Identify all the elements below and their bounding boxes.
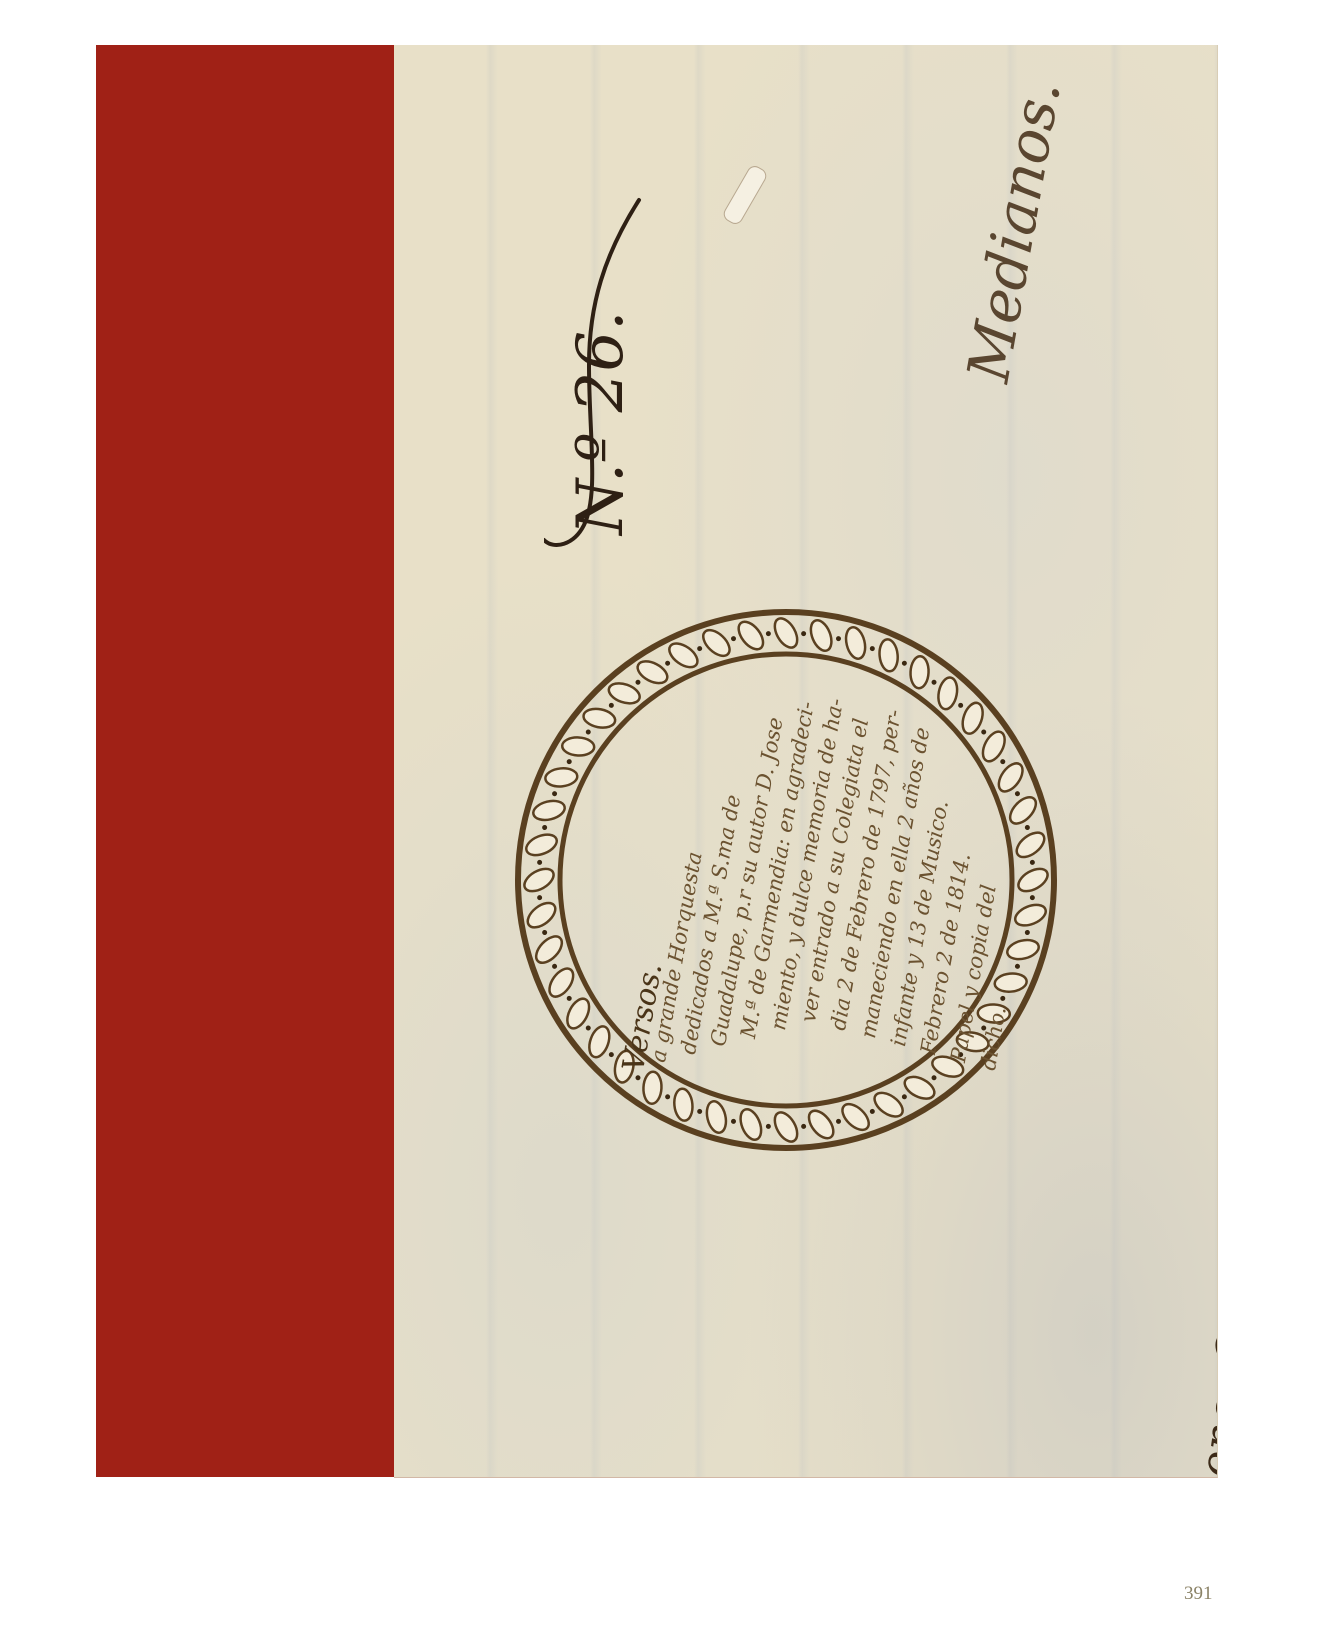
instrumentation-line: ...ones 2. violines, Viola, 2. Clarinete… <box>1184 45 1218 1478</box>
seal-inscription-line: dicho. <box>976 1005 1011 1073</box>
seal-inscription: Versos.a grande Horquestadedicados a M.ª… <box>506 600 1066 1160</box>
catalog-number: N.º 26. <box>564 311 638 535</box>
size-label: Medianos. <box>954 75 1074 387</box>
ink-blot <box>721 163 769 227</box>
manuscript-image: N.º 26. Medianos. ...ones 2. violines, V… <box>394 45 1218 1478</box>
book-page: N.º 26. Medianos. ...ones 2. violines, V… <box>0 0 1329 1651</box>
red-margin-band <box>96 45 394 1477</box>
page-number: 391 <box>1184 1583 1213 1605</box>
